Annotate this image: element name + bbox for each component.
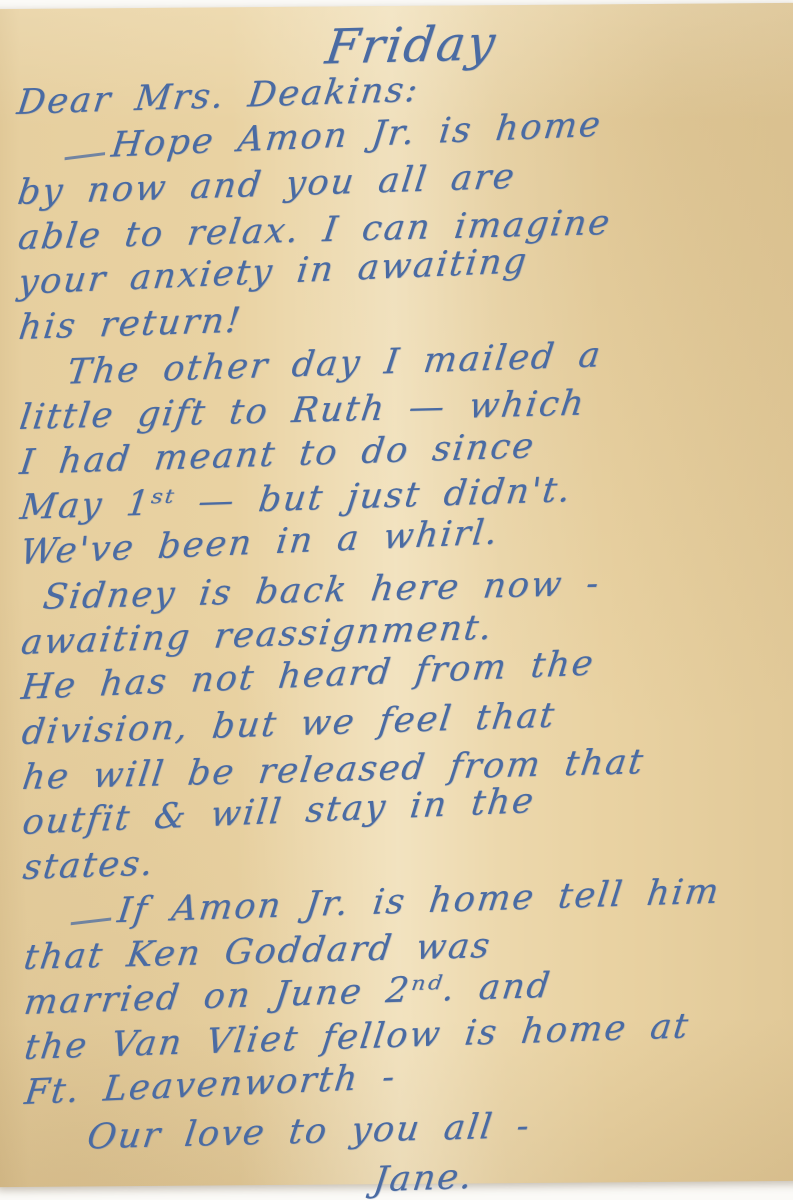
scanned-letter: Friday Dear Mrs. Deakins: Hope Amon Jr. … [0,0,793,1200]
signature: Jane. [371,1144,793,1200]
letter-paper: Friday Dear Mrs. Deakins: Hope Amon Jr. … [0,3,793,1187]
letter-text: Friday Dear Mrs. Deakins: Hope Amon Jr. … [0,3,793,1187]
